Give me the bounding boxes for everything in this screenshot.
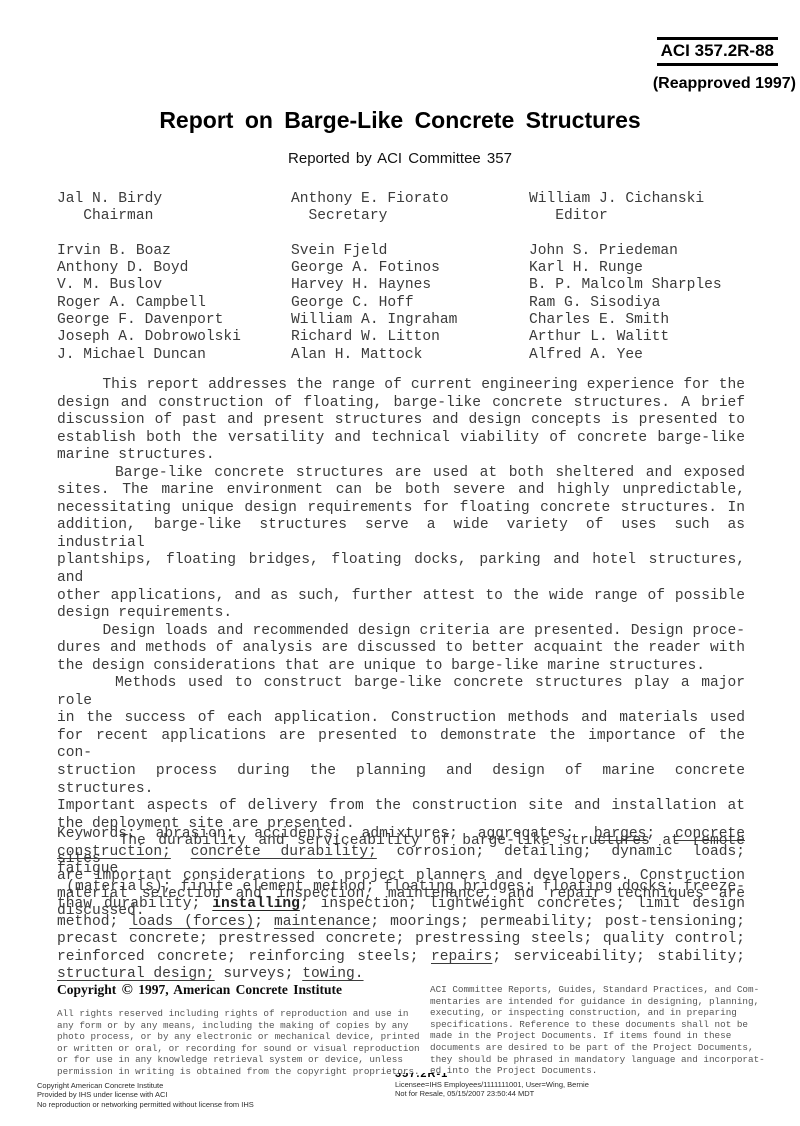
abstract-line: sites. The marine environment can be bot… [57,482,745,500]
keywords-line: method; loads (forces); maintenance; moo… [57,914,745,932]
keyword-term: concrete [675,826,745,842]
abstract-line: necessitating unique design requirements… [57,500,745,518]
committee-member: Harvey H. Haynes [291,277,457,294]
committee-spacer [291,226,457,243]
abstract-line: Important aspects of delivery from the c… [57,798,745,816]
committee-member: William A. Ingraham [291,312,457,329]
committee-member: J. Michael Duncan [57,347,241,364]
committee-role: Secretary [291,208,457,225]
committee-member: Karl H. Runge [529,260,722,277]
committee-role: Chairman [57,208,241,225]
abstract-line: marine structures. [57,447,745,465]
keywords-text: ; moorings; permeability; post-tensionin… [370,914,745,930]
copyright-icon: © [122,982,133,998]
abstract-line: dures and methods of analysis are discus… [57,640,745,658]
keyword-term: towing. [302,966,363,982]
committee-list: Jal N. Birdy Chairman Irvin B. BoazAntho… [57,191,745,377]
keywords-text: ; inspection; lightweight concretes; lim… [300,896,745,912]
committee-member: Anthony D. Boyd [57,260,241,277]
document-page: ACI 357.2R-88 (Reapproved 1997) Report o… [0,0,800,1126]
abstract-line: establish both the versatility and techn… [57,430,745,448]
copyright-year-org: 1997, American Concrete Institute [138,982,342,997]
keywords-text: reinforced concrete; reinforcing steels; [57,949,431,965]
keywords-text [171,844,191,860]
committee-member: Svein Fjeld [291,243,457,260]
keywords-text: ; [254,914,274,930]
committee-member: John S. Priedeman [529,243,722,260]
keywords-text: method; [57,914,129,930]
committee-member: B. P. Malcolm Sharples [529,277,722,294]
copyright-word: Copyright [57,982,116,997]
page-number: 357.2R-1 [395,1073,448,1080]
abstract-line: in the success of each application. Cons… [57,710,745,728]
committee-column: Jal N. Birdy Chairman Irvin B. BoazAntho… [57,191,241,364]
committee-member: George A. Fotinos [291,260,457,277]
keywords-text: surveys; [215,966,303,982]
footer-license-line: Licensee=IHS Employees/1111111001, User=… [395,1080,589,1089]
committee-member: George C. Hoff [291,295,457,312]
keyword-term: maintenance [274,914,370,930]
committee-member: Alfred A. Yee [529,347,722,364]
committee-member: Charles E. Smith [529,312,722,329]
abstract-line: the design considerations that are uniqu… [57,658,745,676]
footer-line: Provided by IHS under license with ACI [37,1090,254,1099]
keywords-line: reinforced concrete; reinforcing steels;… [57,949,745,967]
committee-officer: Jal N. Birdy [57,191,241,208]
page-number-clipped: 357.2R-1 [395,1073,589,1080]
footer-license-line: Not for Resale, 05/15/2007 23:50:44 MDT [395,1089,589,1098]
abstract-line: for recent applications are presented to… [57,728,745,763]
committee-officer: Anthony E. Fiorato [291,191,457,208]
reapproved-label: (Reapproved 1997) [653,75,796,93]
keywords-text: Keywords: abrasion; accidents; admixture… [57,826,594,842]
committee-spacer [57,226,241,243]
abstract-line: addition, barge-like structures serve a … [57,517,745,552]
keywords-text: precast concrete; prestressed concrete; … [57,931,745,947]
keywords-line: precast concrete; prestressed concrete; … [57,931,745,949]
committee-role: Editor [529,208,722,225]
abstract-line: other applications, and as such, further… [57,588,745,606]
subtitle: Reported by ACI Committee 357 [0,150,800,167]
keywords-line: (materials); finite element method; floa… [57,879,745,897]
keywords-line: Keywords: abrasion; accidents; admixture… [57,826,745,844]
committee-column: Anthony E. Fiorato Secretary Svein Fjeld… [291,191,457,364]
committee-spacer [529,226,722,243]
committee-member: V. M. Buslov [57,277,241,294]
keywords-text: thaw durability; [57,896,212,912]
abstract-line: discussion of past and present structure… [57,412,745,430]
footer-line: No reproduction or networking permitted … [37,1100,254,1109]
footer-line: Copyright American Concrete Institute [37,1081,254,1090]
legal-section: Copyright © 1997, American Concrete Inst… [57,982,770,1078]
keywords-text: ; serviceability; stability; [492,949,745,965]
committee-member: Arthur L. Walitt [529,329,722,346]
aci-committee-note: ACI Committee Reports, Guides, Standard … [430,984,775,1077]
abstract-line: Barge-like concrete structures are used … [57,465,745,483]
committee-officer: William J. Cichanski [529,191,722,208]
committee-member: George F. Davenport [57,312,241,329]
page-title: Report on Barge-Like Concrete Structures [0,107,800,134]
committee-column: William J. Cichanski Editor John S. Prie… [529,191,722,364]
keyword-term: construction; [57,844,171,860]
committee-member: Ram G. Sisodiya [529,295,722,312]
doc-number: ACI 357.2R-88 [661,41,774,60]
keyword-term: structural design; [57,966,215,982]
committee-member: Joseph A. Dobrowolski [57,329,241,346]
abstract-line: Design loads and recommended design crit… [57,623,745,641]
keyword-term: concrete durability; [191,844,377,860]
keyword-term: barges [594,826,647,842]
doc-number-badge: ACI 357.2R-88 [657,37,778,66]
footer-ihs-notice: Copyright American Concrete Institute Pr… [37,1081,254,1109]
abstract-line: design and construction of floating, bar… [57,395,745,413]
abstract-line: Methods used to construct barge-like con… [57,675,745,710]
keywords-text: (materials); finite element method; floa… [57,879,745,895]
committee-member: Richard W. Litton [291,329,457,346]
footer-license-block: 357.2R-1 Licensee=IHS Employees/11111110… [395,1073,589,1099]
abstract-line: struction process during the planning an… [57,763,745,798]
committee-member: Irvin B. Boaz [57,243,241,260]
committee-member: Alan H. Mattock [291,347,457,364]
keyword-term: loads (forces) [129,914,254,930]
keywords-paragraph: Keywords: abrasion; accidents; admixture… [57,826,745,984]
keywords-line: thaw durability; installing; inspection;… [57,896,745,914]
keyword-term: installing [212,896,300,912]
committee-member: Roger A. Campbell [57,295,241,312]
abstract-line: This report addresses the range of curre… [57,377,745,395]
abstract-line: design requirements. [57,605,745,623]
keywords-line: construction; concrete durability; corro… [57,844,745,879]
keywords-text: ; [646,826,675,842]
keyword-term: repairs [431,949,492,965]
abstract-line: plantships, floating bridges, floating d… [57,552,745,587]
rights-reserved-text: All rights reserved including rights of … [57,1008,427,1078]
